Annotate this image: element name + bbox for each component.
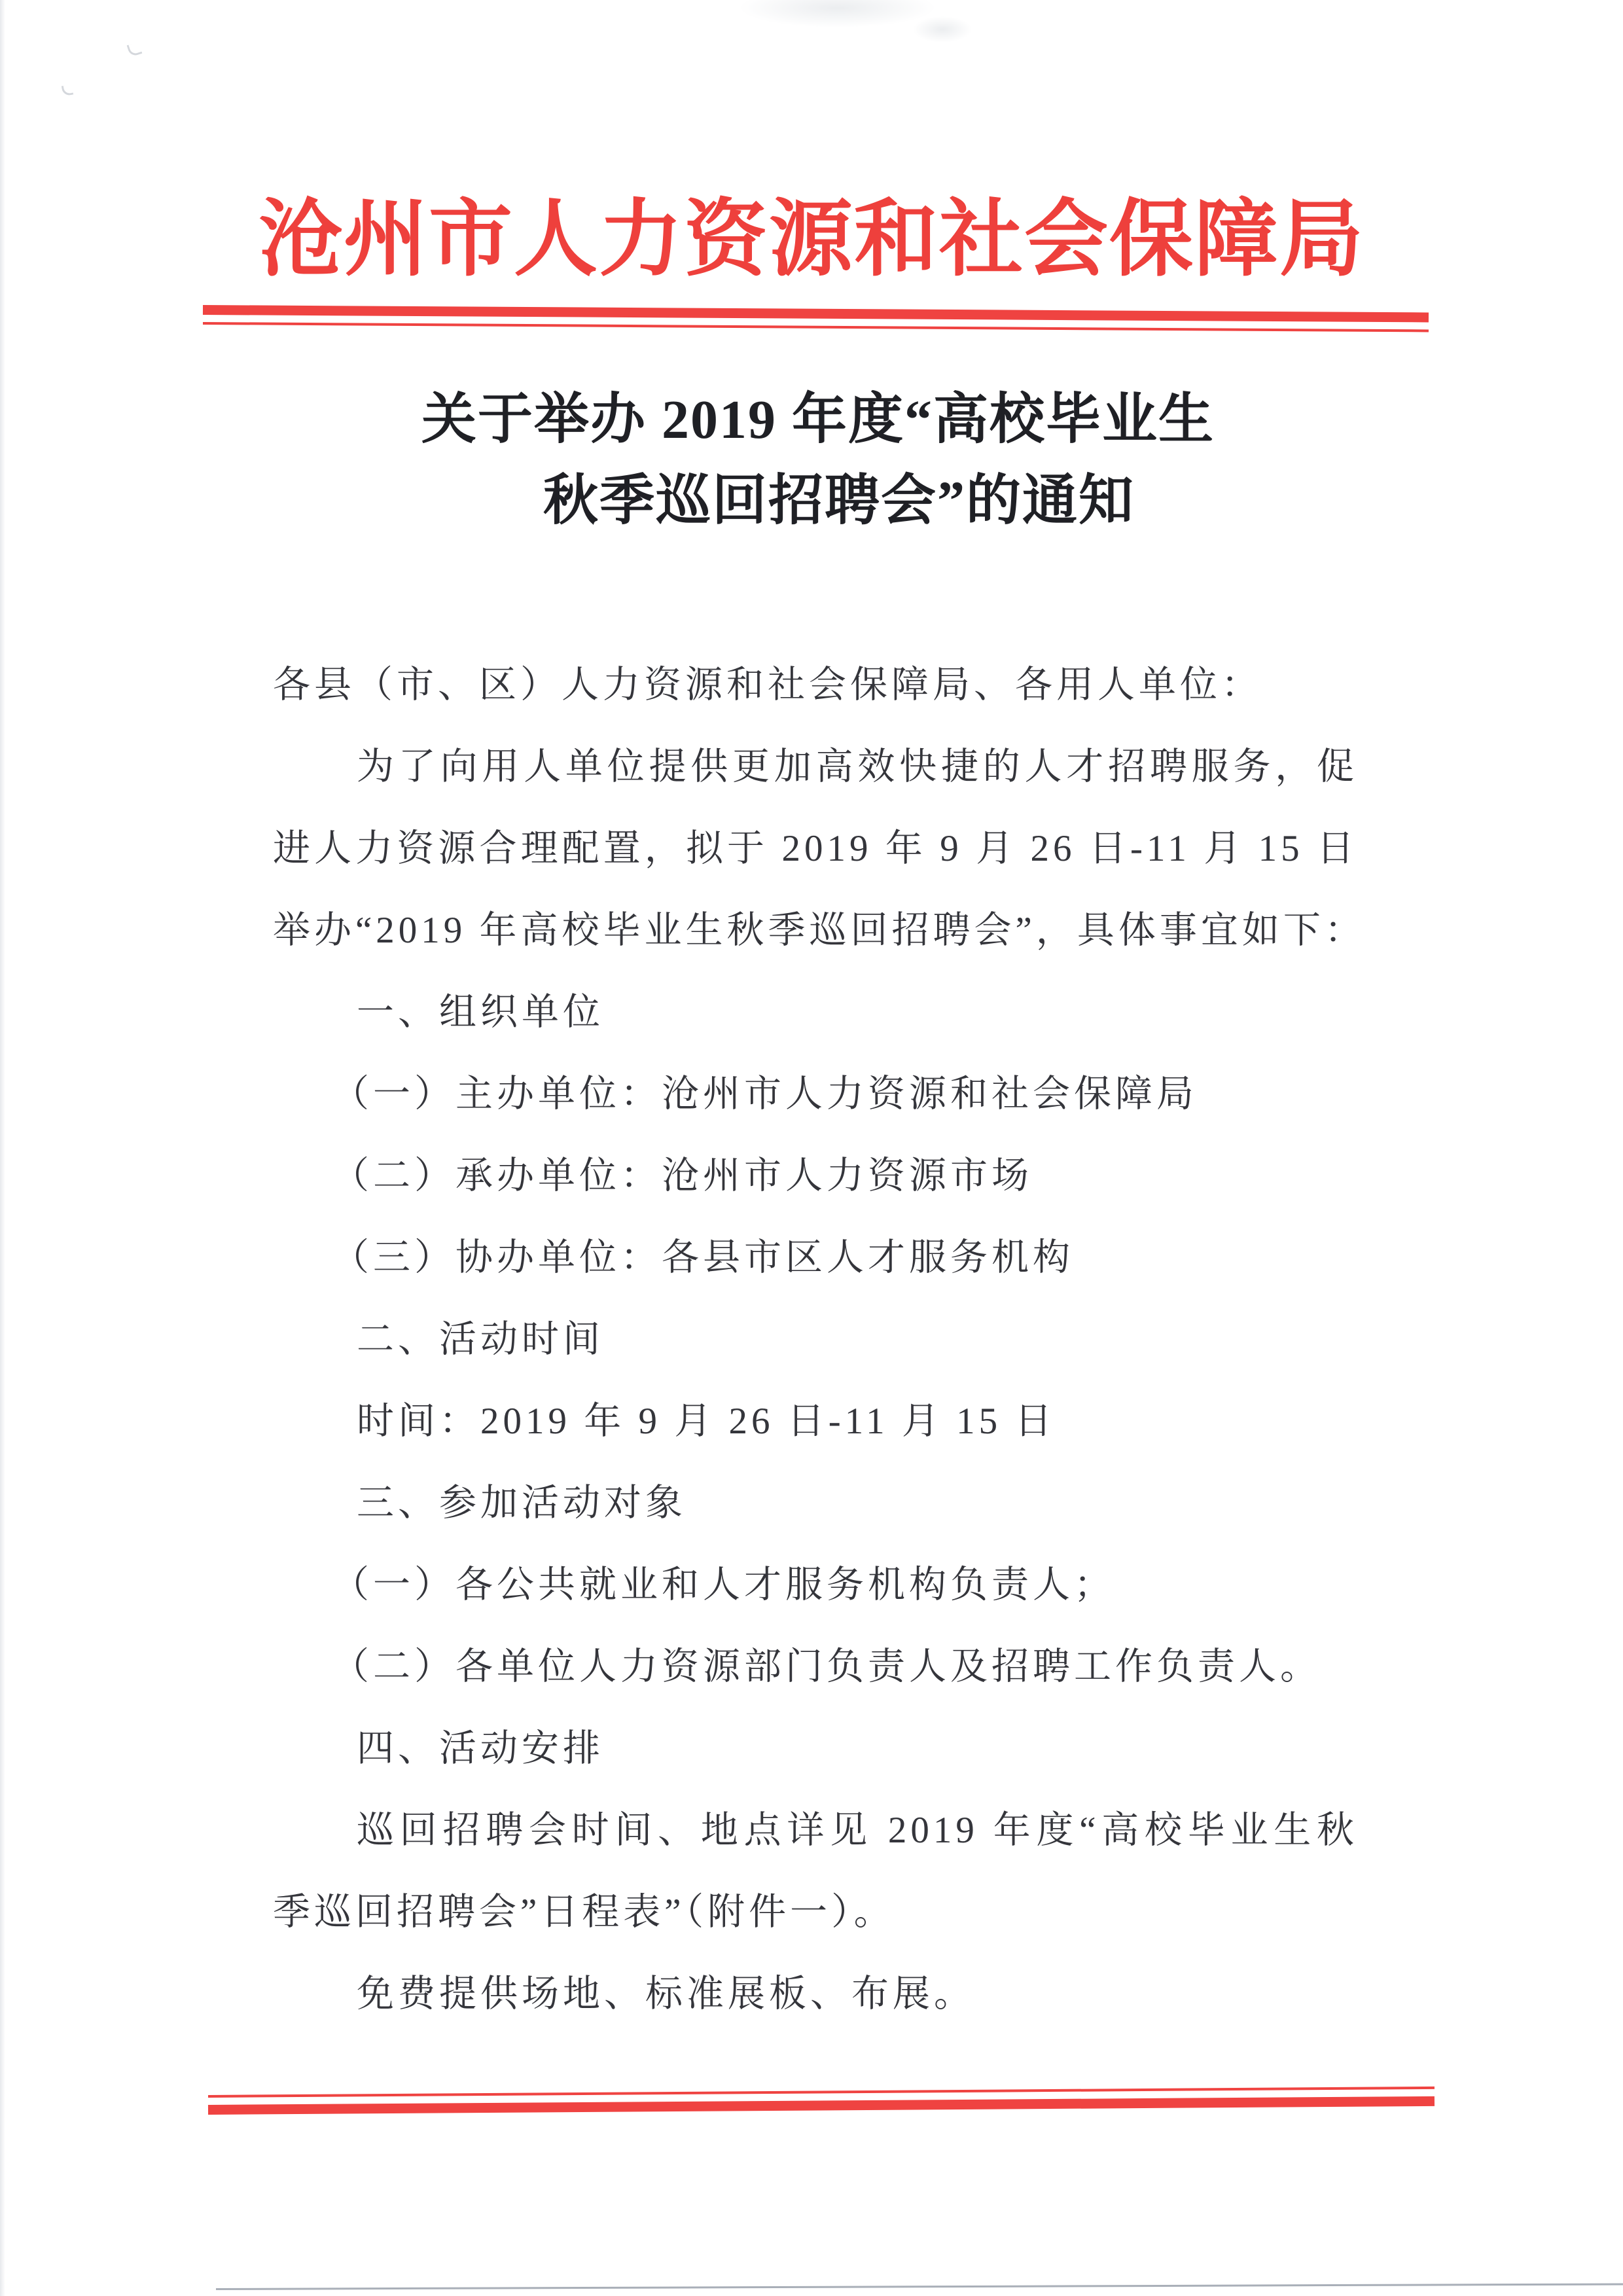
body-line: 时间：2019 年 9 月 26 日-11 月 15 日 xyxy=(357,1399,1056,1444)
header-rule-thick xyxy=(203,305,1429,322)
scan-edge-shadow xyxy=(0,0,5,2296)
body-line: 季巡回招聘会”日程表”（附件一）。 xyxy=(273,1890,895,1935)
body-line: 巡回招聘会时间、地点详见 2019 年度“高校毕业生秋 xyxy=(357,1808,1358,1854)
header-rule-thin xyxy=(203,322,1429,332)
scan-smudge-top xyxy=(740,0,936,27)
footer-rule-thick xyxy=(208,2096,1435,2115)
footer-rule-thin xyxy=(208,2087,1435,2098)
scan-speck-2 xyxy=(62,84,74,97)
scanned-notice-page: 沧州市人力资源和社会保障局 关于举办 2019 年度“高校毕业生 秋季巡回招聘会… xyxy=(0,0,1623,2296)
body-line: （二）承办单位：沧州市人力资源市场 xyxy=(332,1153,1033,1199)
body-line: 四、活动安排 xyxy=(357,1726,604,1772)
scan-smudge-top-2 xyxy=(913,16,972,43)
body-line: （三）协办单位：各县市区人才服务机构 xyxy=(332,1235,1074,1281)
body-line: 一、组织单位 xyxy=(357,990,604,1035)
document-title: 关于举办 2019 年度“高校毕业生 秋季巡回招聘会”的通知 xyxy=(0,380,1623,542)
scan-speck-1 xyxy=(127,42,143,58)
body-line: 举办“2019 年高校毕业生秋季巡回招聘会”，具体事宜如下： xyxy=(273,908,1366,954)
scan-bottom-line xyxy=(216,2283,1623,2290)
document-title-line2: 秋季巡回招聘会”的通知 xyxy=(27,461,1623,542)
body-line: 进人力资源合理配置，拟于 2019 年 9 月 26 日-11 月 15 日 xyxy=(273,826,1358,872)
body-line: 三、参加活动对象 xyxy=(357,1480,687,1526)
body-line: （二）各单位人力资源部门负责人及招聘工作负责人。 xyxy=(332,1644,1321,1690)
body-line: 二、活动时间 xyxy=(357,1317,604,1363)
document-title-line1: 关于举办 2019 年度“高校毕业生 xyxy=(7,380,1623,461)
body-line: （一）主办单位：沧州市人力资源和社会保障局 xyxy=(332,1071,1198,1117)
body-line: 各县（市、区）人力资源和社会保障局、各用人单位： xyxy=(273,662,1262,708)
letterhead-org-name: 沧州市人力资源和社会保障局 xyxy=(0,187,1623,292)
body-line: （一）各公共就业和人才服务机构负责人； xyxy=(332,1562,1115,1608)
body-line: 为了向用人单位提供更加高效快捷的人才招聘服务，促 xyxy=(357,744,1358,790)
body-line: 免费提供场地、标准展板、布展。 xyxy=(357,1971,975,2017)
